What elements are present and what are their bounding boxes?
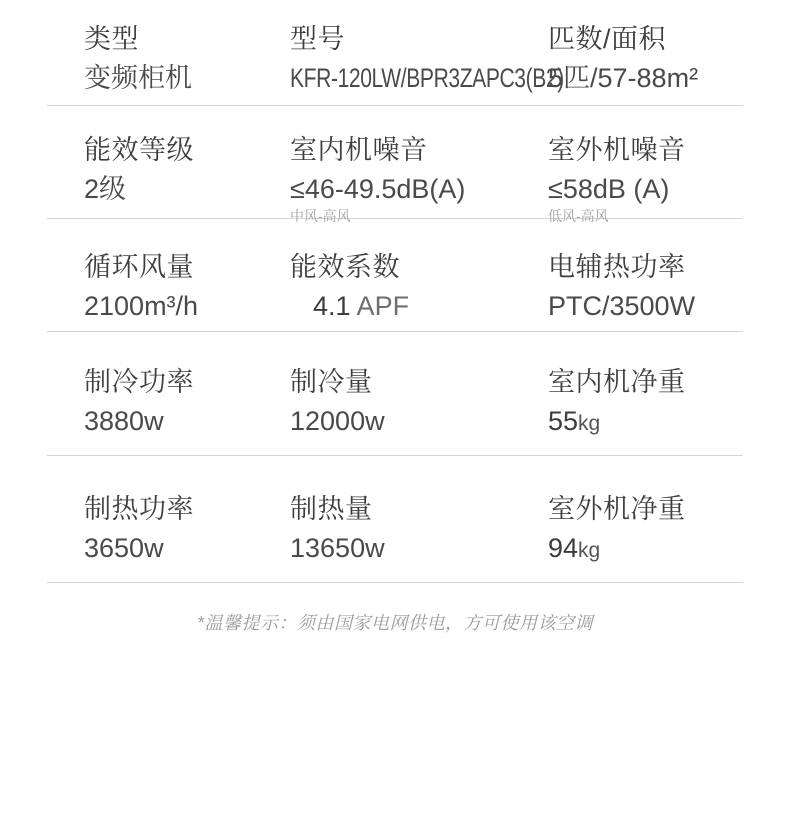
spec-label: 能效系数 xyxy=(290,249,548,285)
apf-unit: APF xyxy=(351,291,410,321)
spec-label: 制热功率 xyxy=(84,491,290,527)
spec-value: 4.1 APF xyxy=(290,289,548,323)
warm-tip-note: *温馨提示：须由国家电网供电，方可使用该空调 xyxy=(0,609,790,635)
spec-table: 类型 变频柜机 型号 KFR-120LW/BPR3ZAPC3(B2) 匹数/面积… xyxy=(0,0,790,583)
spec-value: 2级 xyxy=(84,172,290,206)
spec-row: 类型 变频柜机 型号 KFR-120LW/BPR3ZAPC3(B2) 匹数/面积… xyxy=(47,0,743,106)
spec-label: 室内机噪音 xyxy=(290,132,548,168)
spec-label: 匹数/面积 xyxy=(548,21,743,57)
spec-value: 12000w xyxy=(290,404,548,438)
spec-label: 能效等级 xyxy=(84,132,290,168)
spec-row: 制热功率 3650w 制热量 13650w 室外机净重 94kg xyxy=(47,456,743,583)
spec-label: 制热量 xyxy=(290,491,548,527)
spec-label: 室外机噪音 xyxy=(548,132,743,168)
apf-value: 4.1 xyxy=(313,291,351,321)
spec-value: 13650w xyxy=(290,531,548,565)
weight-unit: kg xyxy=(578,539,600,562)
spec-value: ≤46-49.5dB(A) xyxy=(290,172,548,206)
spec-label: 制冷量 xyxy=(290,364,548,400)
spec-cell-energy-rating: 能效等级 2级 xyxy=(84,132,290,224)
spec-label: 室外机净重 xyxy=(548,491,743,527)
spec-value: PTC/3500W xyxy=(548,289,743,323)
spec-label: 循环风量 xyxy=(84,249,290,285)
spec-note: 中风-高风 xyxy=(290,208,548,224)
spec-cell-indoor-noise: 室内机噪音 ≤46-49.5dB(A) 中风-高风 xyxy=(290,132,548,224)
spec-value: 变频柜机 xyxy=(84,61,290,95)
weight-value: 94 xyxy=(548,533,578,563)
spec-value: 5匹/57-88m² xyxy=(548,61,743,95)
spec-value: 3650w xyxy=(84,531,290,565)
spec-label: 型号 xyxy=(290,21,548,57)
spec-value: 3880w xyxy=(84,404,290,438)
spec-cell-heating-power: 制热功率 3650w xyxy=(84,491,290,582)
spec-value: 55kg xyxy=(548,404,743,441)
spec-sheet: 类型 变频柜机 型号 KFR-120LW/BPR3ZAPC3(B2) 匹数/面积… xyxy=(0,0,790,820)
weight-unit: kg xyxy=(578,412,600,435)
spec-label: 制冷功率 xyxy=(84,364,290,400)
spec-cell-capacity-area: 匹数/面积 5匹/57-88m² xyxy=(548,21,743,105)
spec-cell-outdoor-unit-weight: 室外机净重 94kg xyxy=(548,491,743,582)
spec-cell-outdoor-noise: 室外机噪音 ≤58dB (A) 低风-高风 xyxy=(548,132,743,224)
spec-cell-air-circulation: 循环风量 2100m³/h xyxy=(84,249,290,331)
spec-cell-electric-heating-power: 电辅热功率 PTC/3500W xyxy=(548,249,743,331)
spec-row: 制冷功率 3880w 制冷量 12000w 室内机净重 55kg xyxy=(47,332,743,456)
spec-cell-indoor-unit-weight: 室内机净重 55kg xyxy=(548,364,743,455)
spec-row: 循环风量 2100m³/h 能效系数 4.1 APF 电辅热功率 PTC/350… xyxy=(47,219,743,332)
spec-cell-heating-capacity: 制热量 13650w xyxy=(290,491,548,582)
spec-cell-type: 类型 变频柜机 xyxy=(84,21,290,105)
spec-cell-model: 型号 KFR-120LW/BPR3ZAPC3(B2) xyxy=(290,21,548,105)
spec-cell-cooling-power: 制冷功率 3880w xyxy=(84,364,290,455)
spec-value: 2100m³/h xyxy=(84,289,290,323)
spec-label: 类型 xyxy=(84,21,290,57)
spec-value: 94kg xyxy=(548,531,743,568)
spec-value: KFR-120LW/BPR3ZAPC3(B2) xyxy=(290,61,548,95)
spec-label: 室内机净重 xyxy=(548,364,743,400)
spec-note: 低风-高风 xyxy=(548,208,743,224)
spec-cell-energy-coefficient: 能效系数 4.1 APF xyxy=(290,249,548,331)
spec-row: 能效等级 2级 室内机噪音 ≤46-49.5dB(A) 中风-高风 室外机噪音 … xyxy=(47,106,743,219)
spec-cell-cooling-capacity: 制冷量 12000w xyxy=(290,364,548,455)
weight-value: 55 xyxy=(548,406,578,436)
spec-label: 电辅热功率 xyxy=(548,249,743,285)
spec-value: ≤58dB (A) xyxy=(548,172,743,206)
model-number: KFR-120LW/BPR3ZAPC3(B2) xyxy=(290,61,564,95)
